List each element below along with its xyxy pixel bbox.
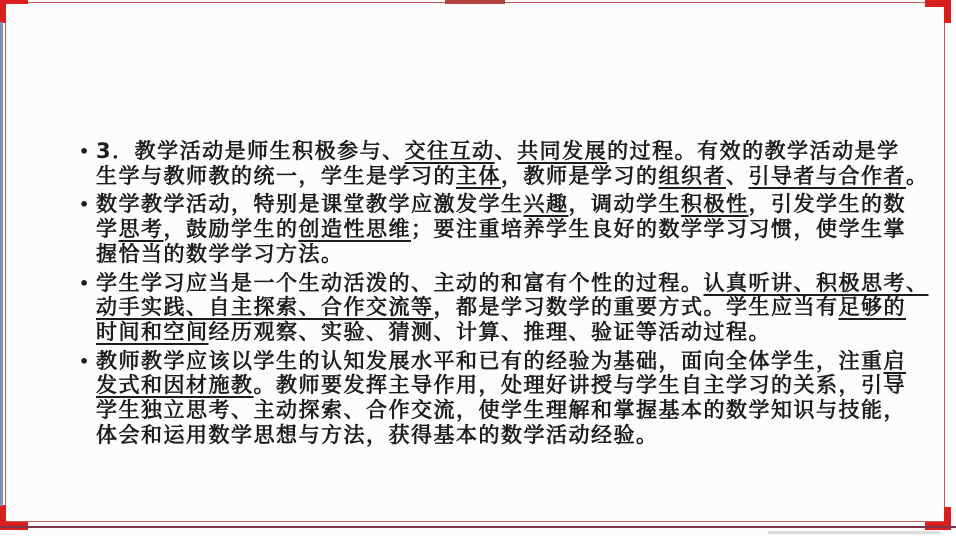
bullet-lines: 学生学习应当是一个生动活泼的、主动的和富有个性的过程。认真听讲、积极思考、动手实… bbox=[96, 271, 924, 345]
bullet-dot-icon: • bbox=[79, 272, 89, 297]
text-line: 时间和空间经历观察、实验、猜测、计算、推理、验证等活动过程。 bbox=[96, 320, 924, 345]
text-segment: ，调动学生 bbox=[569, 192, 682, 216]
text-segment: 、 bbox=[726, 164, 749, 188]
text-segment: 认真听讲、积极思考、 bbox=[704, 271, 929, 295]
bullet-item: •学生学习应当是一个生动活泼的、主动的和富有个性的过程。认真听讲、积极思考、动手… bbox=[79, 271, 924, 345]
text-segment: 学生学习应当是一个生动活泼的、主动的和富有个性的过程。 bbox=[96, 271, 704, 295]
text-segment: 启 bbox=[884, 349, 907, 373]
text-line: 体会和运用数学思想与方法，获得基本的数学活动经验。 bbox=[96, 423, 924, 448]
text-line: 学思考，鼓励学生的创造性思维；要注重培养学生良好的数学学习习惯，使学生掌 bbox=[96, 217, 924, 242]
left-edge-strip bbox=[0, 22, 3, 506]
text-segment: 交往互动 bbox=[405, 139, 495, 163]
bullet-dot-icon: • bbox=[79, 193, 89, 218]
text-segment: ，鼓励学生的 bbox=[164, 217, 299, 241]
text-segment: 引导者与合作者 bbox=[749, 164, 907, 188]
text-segment: 共同发展 bbox=[517, 139, 607, 163]
bullet-lines: 3．教学活动是师生积极参与、交往互动、共同发展的过程。有效的教学活动是学生学与教… bbox=[96, 139, 924, 188]
corner-mark-top-left-horizontal bbox=[0, 0, 28, 4]
text-segment: 、 bbox=[495, 139, 518, 163]
text-segment: 。教师要发挥主导作用，处理好讲授与学生自主学习的关系，引导 bbox=[254, 373, 907, 397]
text-segment: 积极性 bbox=[681, 192, 749, 216]
text-segment: ，引发学生的数 bbox=[749, 192, 907, 216]
text-line: 动手实践、自主探索、合作交流等，都是学习数学的重要方式。学生应当有足够的 bbox=[96, 295, 924, 320]
text-segment: 数学教学活动，特别是课堂教学应激发学生 bbox=[96, 192, 524, 216]
slide-canvas: •3．教学活动是师生积极参与、交往互动、共同发展的过程。有效的教学活动是学生学与… bbox=[0, 0, 956, 536]
text-segment: 创造性思维 bbox=[299, 217, 412, 241]
text-segment: 动手实践、自主探索、合作交流等 bbox=[96, 295, 434, 319]
horizontal-scrollbar-thumb[interactable] bbox=[768, 531, 940, 534]
bullet-list: •3．教学活动是师生积极参与、交往互动、共同发展的过程。有效的教学活动是学生学与… bbox=[79, 139, 924, 451]
text-segment: 。 bbox=[906, 164, 929, 188]
bullet-item: •3．教学活动是师生积极参与、交往互动、共同发展的过程。有效的教学活动是学生学与… bbox=[79, 139, 924, 188]
text-segment: 组织者 bbox=[659, 164, 727, 188]
text-segment: 发式和因材施教 bbox=[96, 373, 254, 397]
text-segment: 握恰当的数学学习方法。 bbox=[96, 242, 344, 266]
text-line: 3．教学活动是师生积极参与、交往互动、共同发展的过程。有效的教学活动是学 bbox=[96, 139, 924, 164]
bullet-dot-icon: • bbox=[79, 350, 89, 375]
text-segment: 足够的 bbox=[839, 295, 907, 319]
text-line: 学生独立思考、主动探索、合作交流，使学生理解和掌握基本的数学知识与技能， bbox=[96, 398, 924, 423]
bullet-dot-icon: • bbox=[79, 140, 89, 165]
bottom-edge-line bbox=[0, 526, 956, 528]
corner-mark-top-right-vertical bbox=[944, 0, 951, 23]
text-segment: 学 bbox=[96, 217, 119, 241]
text-segment: 体会和运用数学思想与方法，获得基本的数学活动经验。 bbox=[96, 423, 659, 447]
text-segment: ，教师是学习的 bbox=[501, 164, 659, 188]
text-segment: 3．教学活动是师生积极参与、 bbox=[96, 139, 405, 163]
text-segment: 主体 bbox=[456, 164, 501, 188]
text-segment: 教师教学应该以学生的认知发展水平和已有的经验为基础，面向全体学生，注重 bbox=[96, 349, 884, 373]
text-line: 生学与教师教的统一，学生是学习的主体，教师是学习的组织者、引导者与合作者。 bbox=[96, 164, 924, 189]
text-segment: ；要注重培养学生良好的数学学习习惯，使学生掌 bbox=[411, 217, 906, 241]
text-segment: 经历观察、实验、猜测、计算、推理、验证等活动过程。 bbox=[209, 320, 772, 344]
text-segment: 生学与教师教的统一，学生是学习的 bbox=[96, 164, 456, 188]
text-segment: 兴趣 bbox=[524, 192, 569, 216]
bullet-lines: 教师教学应该以学生的认知发展水平和已有的经验为基础，面向全体学生，注重启发式和因… bbox=[96, 349, 924, 448]
bullet-item: •数学教学活动，特别是课堂教学应激发学生兴趣，调动学生积极性，引发学生的数学思考… bbox=[79, 192, 924, 266]
text-segment: 学生独立思考、主动探索、合作交流，使学生理解和掌握基本的数学知识与技能， bbox=[96, 398, 906, 422]
text-line: 学生学习应当是一个生动活泼的、主动的和富有个性的过程。认真听讲、积极思考、 bbox=[96, 271, 924, 296]
text-segment: 的过程。有效的教学活动是学 bbox=[607, 139, 900, 163]
text-segment: 时间和空间 bbox=[96, 320, 209, 344]
text-line: 发式和因材施教。教师要发挥主导作用，处理好讲授与学生自主学习的关系，引导 bbox=[96, 373, 924, 398]
top-edge-marker bbox=[445, 0, 505, 4]
text-line: 握恰当的数学学习方法。 bbox=[96, 242, 924, 267]
text-segment: 思考 bbox=[119, 217, 164, 241]
text-line: 数学教学活动，特别是课堂教学应激发学生兴趣，调动学生积极性，引发学生的数 bbox=[96, 192, 924, 217]
bullet-lines: 数学教学活动，特别是课堂教学应激发学生兴趣，调动学生积极性，引发学生的数学思考，… bbox=[96, 192, 924, 266]
bullet-item: •教师教学应该以学生的认知发展水平和已有的经验为基础，面向全体学生，注重启发式和… bbox=[79, 349, 924, 448]
text-line: 教师教学应该以学生的认知发展水平和已有的经验为基础，面向全体学生，注重启 bbox=[96, 349, 924, 374]
text-segment: ，都是学习数学的重要方式。学生应当有 bbox=[434, 295, 839, 319]
